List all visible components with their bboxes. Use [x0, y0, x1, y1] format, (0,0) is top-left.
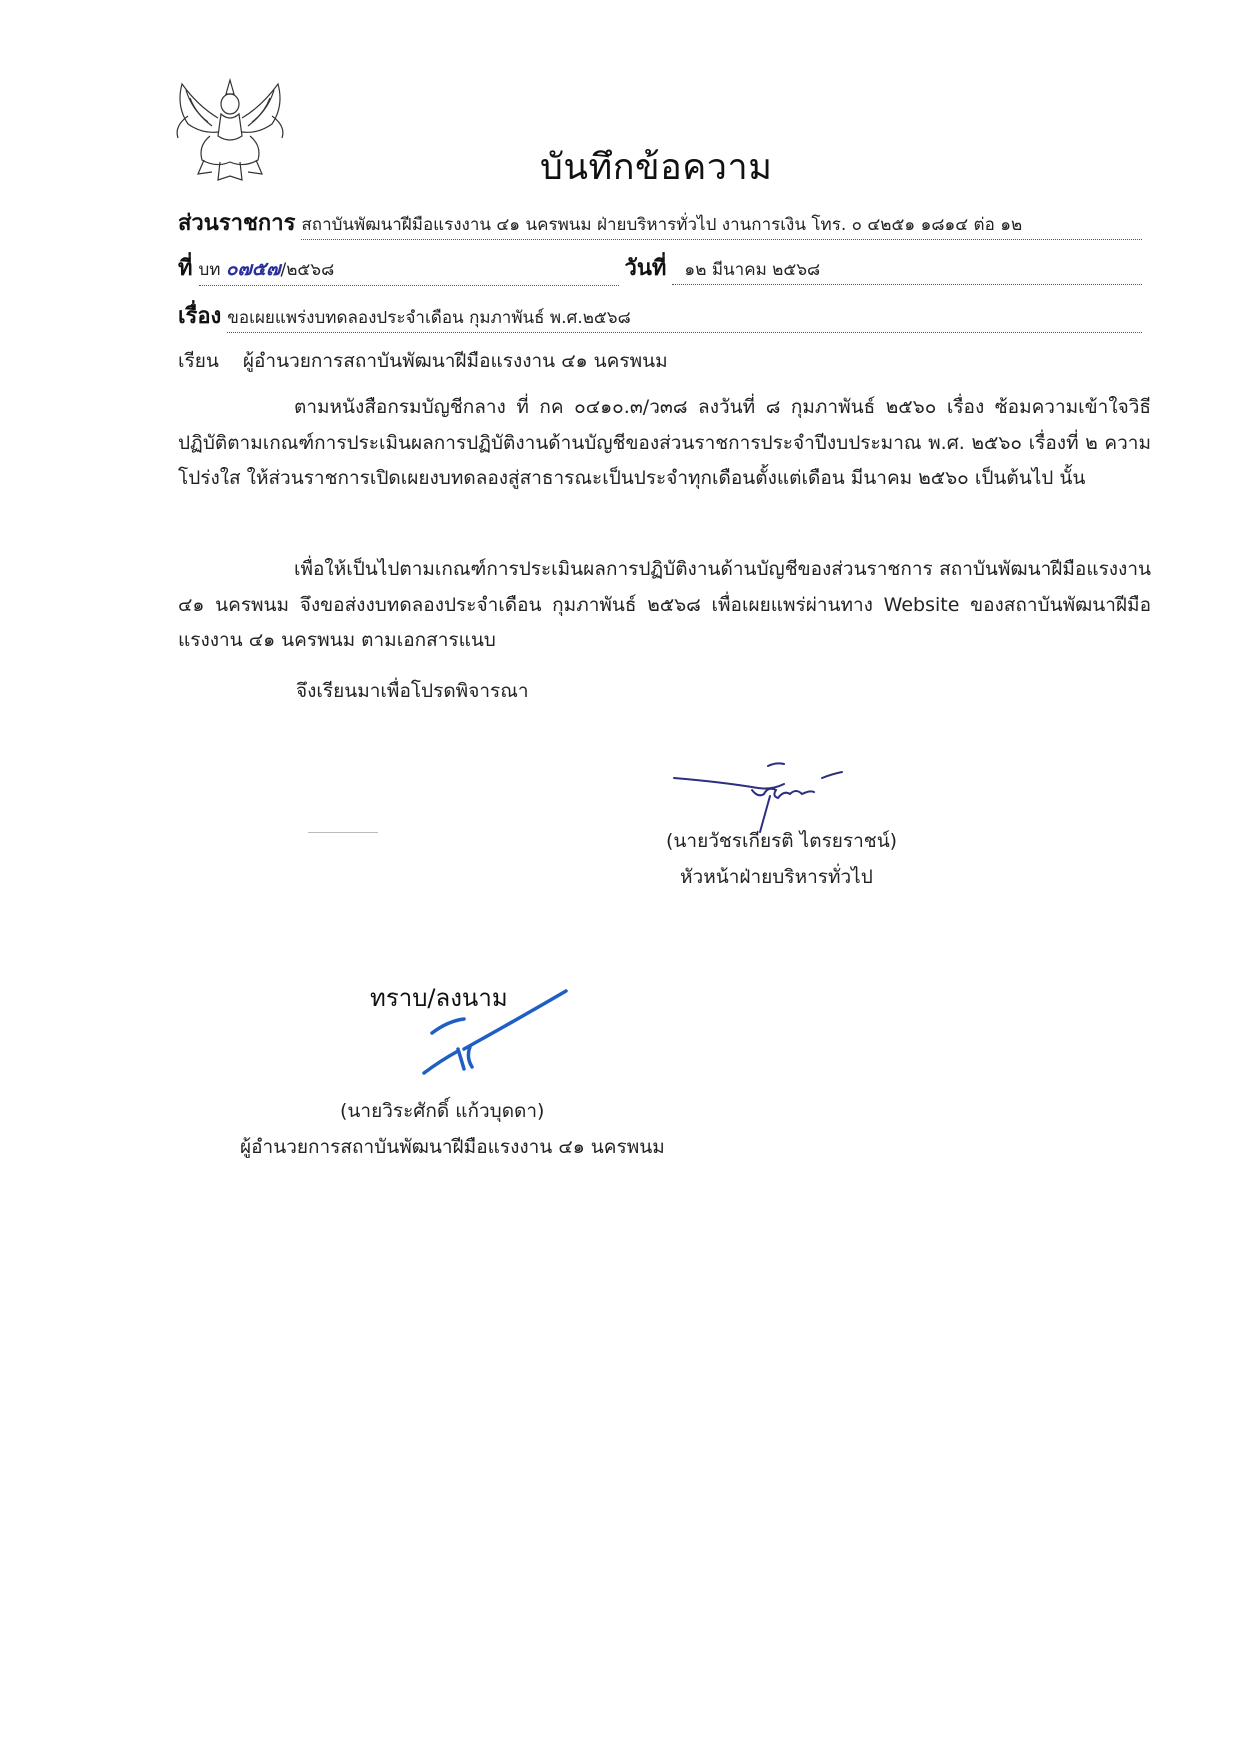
garuda-emblem-icon: [168, 76, 292, 186]
date-value: ๑๒ มีนาคม ๒๕๖๘: [672, 256, 1142, 285]
approver-name: (นายวิระศักดิ์ แก้วบุดดา): [340, 1096, 544, 1126]
subject-field: เรื่อง ขอเผยแพร่งบทดลองประจำเดือน กุมภาพ…: [178, 298, 1142, 333]
handwritten-number: ๐๗๕๗: [226, 258, 281, 280]
department-label: ส่วนราชการ: [178, 205, 295, 240]
body-paragraph-1: ตามหนังสือกรมบัญชีกลาง ที่ กค ๐๔๑๐.๓/ว๓๘…: [178, 390, 1151, 497]
recipient-label: เรียน: [178, 350, 219, 372]
subject-value: ขอเผยแพร่งบทดลองประจำเดือน กุมภาพันธ์ พ.…: [227, 304, 1142, 333]
signatory-1-name: (นายวัชรเกียรติ ไตรยราชน์): [666, 826, 897, 856]
scan-artifact-line: [308, 832, 378, 833]
page-title: บันทึกข้อความ: [540, 138, 772, 195]
number-date-field: ที่ บท ๐๗๕๗/๒๕๖๘ วันที่ ๑๒ มีนาคม ๒๕๖๘: [178, 250, 1142, 286]
date-label: วันที่: [625, 250, 667, 285]
department-field: ส่วนราชการ สถาบันพัฒนาฝีมือแรงงาน ๔๑ นคร…: [178, 205, 1142, 240]
number-label: ที่: [178, 250, 193, 285]
signature-2-icon: [418, 985, 578, 1080]
subject-label: เรื่อง: [178, 298, 221, 333]
closing-line: จึงเรียนมาเพื่อโปรดพิจารณา: [296, 676, 529, 706]
body-paragraph-2: เพื่อให้เป็นไปตามเกณฑ์การประเมินผลการปฏิ…: [178, 552, 1151, 659]
approver-position: ผู้อำนวยการสถาบันพัฒนาฝีมือแรงงาน ๔๑ นคร…: [240, 1132, 665, 1162]
number-prefix: บท: [199, 260, 221, 280]
signatory-1-position: หัวหน้าฝ่ายบริหารทั่วไป: [680, 862, 873, 892]
paragraph-1-text: ตามหนังสือกรมบัญชีกลาง ที่ กค ๐๔๑๐.๓/ว๓๘…: [178, 396, 1151, 489]
document-number: บท ๐๗๕๗/๒๕๖๘: [199, 254, 619, 286]
paragraph-2-text: เพื่อให้เป็นไปตามเกณฑ์การประเมินผลการปฏิ…: [178, 558, 1151, 651]
department-value: สถาบันพัฒนาฝีมือแรงงาน ๔๑ นครพนม ฝ่ายบริ…: [301, 211, 1142, 240]
recipient-line: เรียน ผู้อำนวยการสถาบันพัฒนาฝีมือแรงงาน …: [178, 346, 668, 376]
number-suffix: /๒๕๖๘: [280, 260, 334, 280]
recipient-name: ผู้อำนวยการสถาบันพัฒนาฝีมือแรงงาน ๔๑ นคร…: [243, 350, 668, 372]
